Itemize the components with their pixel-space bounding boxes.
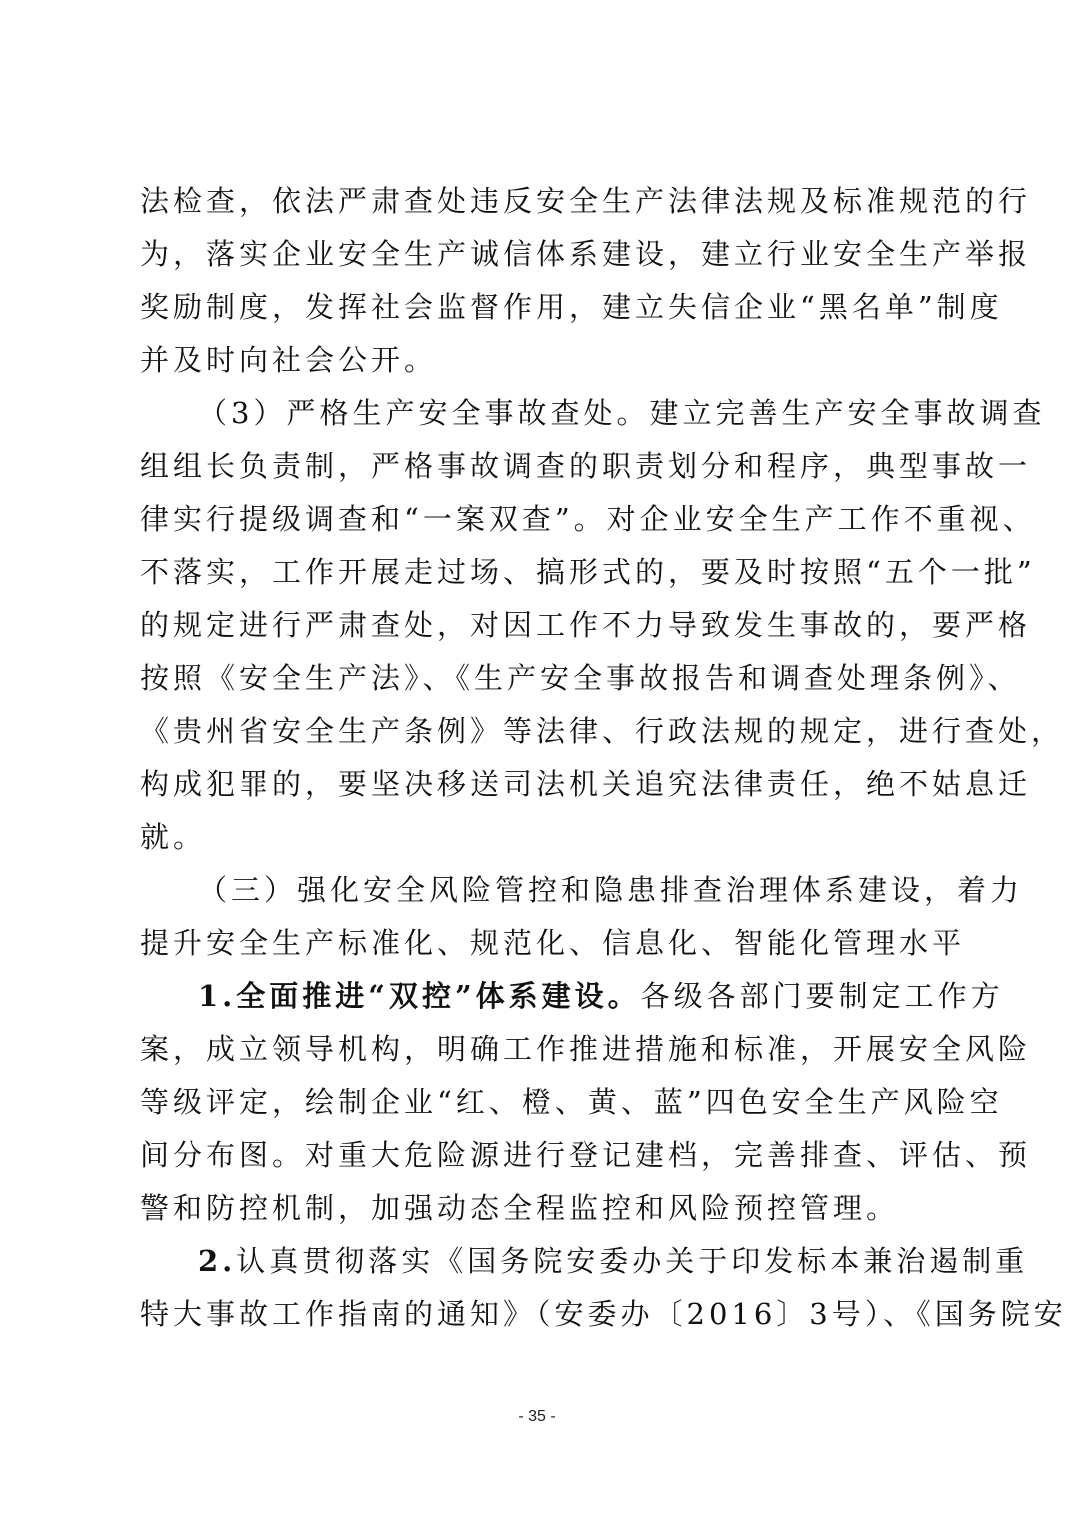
paragraph-line: 按照《安全生产法》、《生产安全事故报告和调查处理条例》、 <box>140 658 930 698</box>
paragraph-line: 《贵州省安全生产条例》等法律、行政法规的规定，进行查处， <box>140 711 930 751</box>
paragraph-line: 法检查，依法严肃查处违反安全生产法律法规及标准规范的行 <box>140 181 930 221</box>
section-heading-line: 提升安全生产标准化、规范化、信息化、智能化管理水平 <box>140 923 930 963</box>
paragraph-line: 构成犯罪的，要坚决移送司法机关追究法律责任，绝不姑息迁 <box>140 764 930 804</box>
item-heading-line: 2.认真贯彻落实《国务院安委办关于印发标本兼治遏制重 <box>198 1241 930 1281</box>
paragraph-line: 奖励制度，发挥社会监督作用，建立失信企业“黑名单”制度 <box>140 287 930 327</box>
paragraph-line: 为，落实企业安全生产诚信体系建设，建立行业安全生产举报 <box>140 234 930 274</box>
paragraph-line: 律实行提级调查和“一案双查”。对企业安全生产工作不重视、 <box>140 499 930 539</box>
item-heading-bold: 1.全面推进“双控”体系建设。 <box>198 979 641 1013</box>
paragraph-line: 就。 <box>140 817 930 857</box>
document-page: 法检查，依法严肃查处违反安全生产法律法规及标准规范的行 为，落实企业安全生产诚信… <box>0 0 1074 1520</box>
paragraph-line: 案，成立领导机构，明确工作推进措施和标准，开展安全风险 <box>140 1029 930 1069</box>
page-number: - 35 - <box>0 1408 1074 1426</box>
paragraph-line: 不落实，工作开展走过场、搞形式的，要及时按照“五个一批” <box>140 552 930 592</box>
paragraph-line: 等级评定，绘制企业“红、橙、黄、蓝”四色安全生产风险空 <box>140 1082 930 1122</box>
item-number-bold: 2. <box>198 1244 236 1278</box>
paragraph-line: 的规定进行严肃查处，对因工作不力导致发生事故的，要严格 <box>140 605 930 645</box>
item-text: 认真贯彻落实《国务院安委办关于印发标本兼治遏制重 <box>236 1244 1028 1278</box>
item-text: 各级各部门要制定工作方 <box>641 979 1004 1013</box>
section-heading-line: （三）强化安全风险管控和隐患排查治理体系建设，着力 <box>198 870 930 910</box>
paragraph-line: 警和防控机制，加强动态全程监控和风险预控管理。 <box>140 1188 930 1228</box>
paragraph-line: 并及时向社会公开。 <box>140 340 930 380</box>
subsection-heading-line: （3）严格生产安全事故查处。建立完善生产安全事故调查 <box>198 393 930 433</box>
item-heading-line: 1.全面推进“双控”体系建设。各级各部门要制定工作方 <box>198 976 930 1016</box>
paragraph-line: 特大事故工作指南的通知》（安委办〔2016〕3号）、《国务院安 <box>140 1294 930 1334</box>
paragraph-line: 组组长负责制，严格事故调查的职责划分和程序，典型事故一 <box>140 446 930 486</box>
paragraph-line: 间分布图。对重大危险源进行登记建档，完善排查、评估、预 <box>140 1135 930 1175</box>
